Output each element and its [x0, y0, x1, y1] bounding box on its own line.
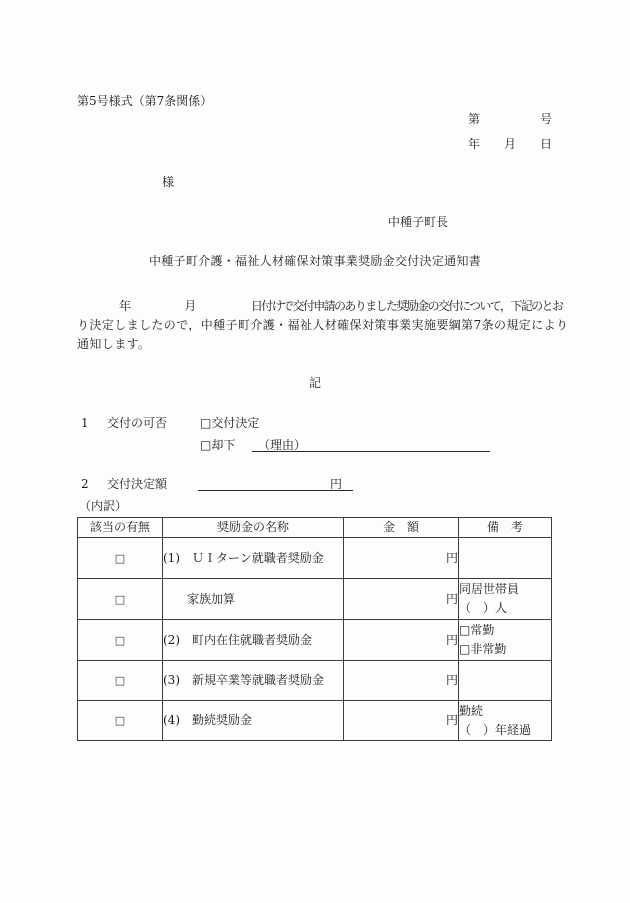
- row4-checkbox[interactable]: □: [78, 661, 163, 701]
- row1-remarks: [459, 538, 552, 579]
- row2-checkbox[interactable]: □: [78, 579, 163, 620]
- section2-label: 交付決定額: [107, 477, 167, 491]
- table-row: □ (4) 勤続奨励金 円 勤続 （ ）年経過: [78, 701, 552, 741]
- sender-label: 中種子町長: [388, 215, 448, 229]
- breakdown-table: 該当の有無 奨励金の名称 金 額 備 考 □ (1) ＵＩターン就職者奨励金 円…: [77, 517, 552, 741]
- amount-unit-label: 円: [330, 477, 342, 491]
- body-paragraph: 年月日付けで交付申請のありました奨励金の交付について，下記のとお り決定しました…: [77, 297, 577, 354]
- row2-amount-field[interactable]: 円: [344, 579, 459, 620]
- date-field[interactable]: 年 月 日: [468, 137, 552, 151]
- body-line-1-text: 日付けで交付申請のありました奨励金の交付について，下記のとお: [251, 299, 563, 313]
- row3-checkbox[interactable]: □: [78, 620, 163, 661]
- header-grant-name: 奨励金の名称: [163, 518, 344, 538]
- application-year-field[interactable]: 年: [119, 299, 131, 313]
- row5-amount-field[interactable]: 円: [344, 701, 459, 741]
- header-amount: 金 額: [344, 518, 459, 538]
- row3-amount-field[interactable]: 円: [344, 620, 459, 661]
- row4-grant-name: (3) 新規卒業等就職者奨励金: [163, 661, 344, 701]
- doc-number-field[interactable]: 第 号: [468, 112, 552, 126]
- row1-grant-name: (1) ＵＩターン就職者奨励金: [163, 538, 344, 579]
- table-header-row: 該当の有無 奨励金の名称 金 額 備 考: [78, 518, 552, 538]
- section2-number: 2: [81, 477, 89, 491]
- row5-checkbox[interactable]: □: [78, 701, 163, 741]
- form-number-label: 第5号様式（第7条関係）: [77, 94, 212, 108]
- document-title: 中種子町介護・福祉人材確保対策事業奨励金交付決定通知書: [0, 254, 630, 268]
- row5-grant-name: (4) 勤続奨励金: [163, 701, 344, 741]
- row2-grant-name: 家族加算: [163, 579, 344, 620]
- record-mark: 記: [0, 376, 630, 390]
- header-remarks: 備 考: [459, 518, 552, 538]
- notification-document-page: 第5号様式（第7条関係） 第 号 年 月 日 様 中種子町長 中種子町介護・福祉…: [0, 0, 630, 903]
- row4-amount-field[interactable]: 円: [344, 661, 459, 701]
- header-applicable: 該当の有無: [78, 518, 163, 538]
- breakdown-label: （内訳）: [79, 499, 127, 513]
- approve-checkbox-option[interactable]: □交付決定: [200, 416, 259, 430]
- row3-remarks-employment-checkboxes[interactable]: □常勤 □非常勤: [459, 620, 552, 661]
- row2-remarks-household-field[interactable]: 同居世帯員 （ ）人: [459, 579, 552, 620]
- reason-underline[interactable]: [252, 451, 490, 452]
- row1-amount-field[interactable]: 円: [344, 538, 459, 579]
- body-line-2: り決定しましたので，中種子町介護・福祉人材確保対策事業実施要綱第7条の規定により: [77, 316, 577, 335]
- row3-grant-name: (2) 町内在住就職者奨励金: [163, 620, 344, 661]
- reject-checkbox-option[interactable]: □却下: [200, 438, 235, 452]
- body-line-1: 年月日付けで交付申請のありました奨励金の交付について，下記のとお: [77, 297, 577, 316]
- body-line-3: 通知します。: [77, 335, 577, 354]
- row5-remarks-years-field[interactable]: 勤続 （ ）年経過: [459, 701, 552, 741]
- addressee-name-field[interactable]: 様: [162, 175, 174, 189]
- section1-label: 交付の可否: [107, 416, 167, 430]
- table-row: □ 家族加算 円 同居世帯員 （ ）人: [78, 579, 552, 620]
- row4-remarks: [459, 661, 552, 701]
- table-row: □ (1) ＵＩターン就職者奨励金 円: [78, 538, 552, 579]
- application-month-field[interactable]: 月: [184, 299, 196, 313]
- section1-number: 1: [81, 416, 89, 430]
- table-row: □ (3) 新規卒業等就職者奨励金 円: [78, 661, 552, 701]
- row1-checkbox[interactable]: □: [78, 538, 163, 579]
- table-row: □ (2) 町内在住就職者奨励金 円 □常勤 □非常勤: [78, 620, 552, 661]
